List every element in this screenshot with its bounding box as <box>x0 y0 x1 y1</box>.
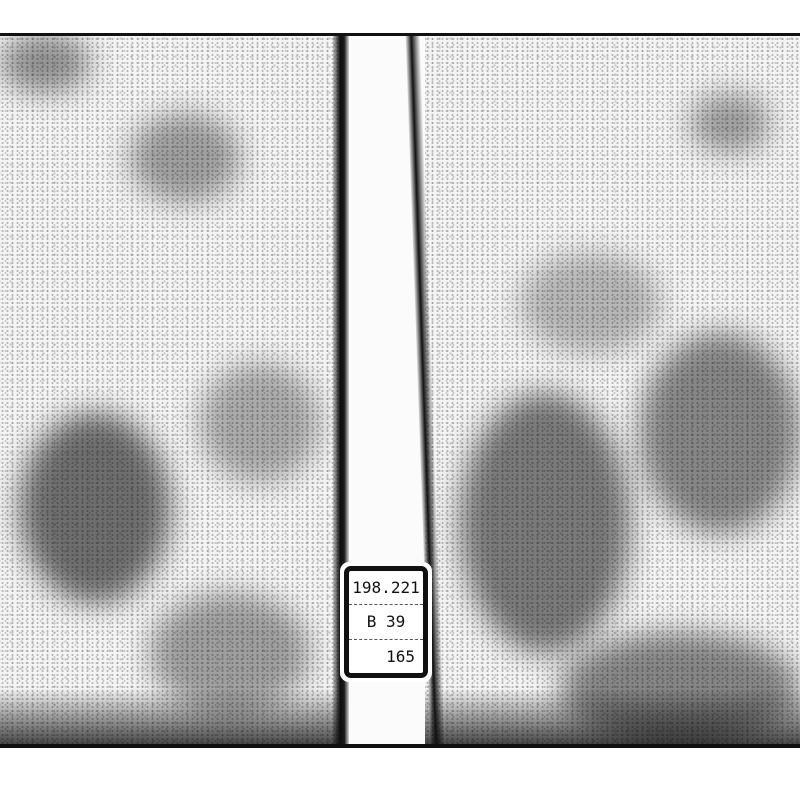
stain <box>200 363 320 483</box>
stain <box>0 33 90 93</box>
stain <box>130 113 240 203</box>
stain <box>690 93 770 153</box>
call-number-label: 198.221 B 39 165 <box>340 562 432 682</box>
bottom-edge <box>0 744 800 748</box>
label-border: 198.221 B 39 165 <box>344 566 428 678</box>
stain <box>20 413 170 603</box>
call-number-item: 165 <box>349 640 423 673</box>
stain <box>460 393 630 653</box>
stain <box>640 333 800 533</box>
call-number-class: 198.221 <box>349 571 423 605</box>
top-edge <box>0 33 800 36</box>
call-number-cutter: B 39 <box>349 605 423 639</box>
stain <box>520 253 660 353</box>
